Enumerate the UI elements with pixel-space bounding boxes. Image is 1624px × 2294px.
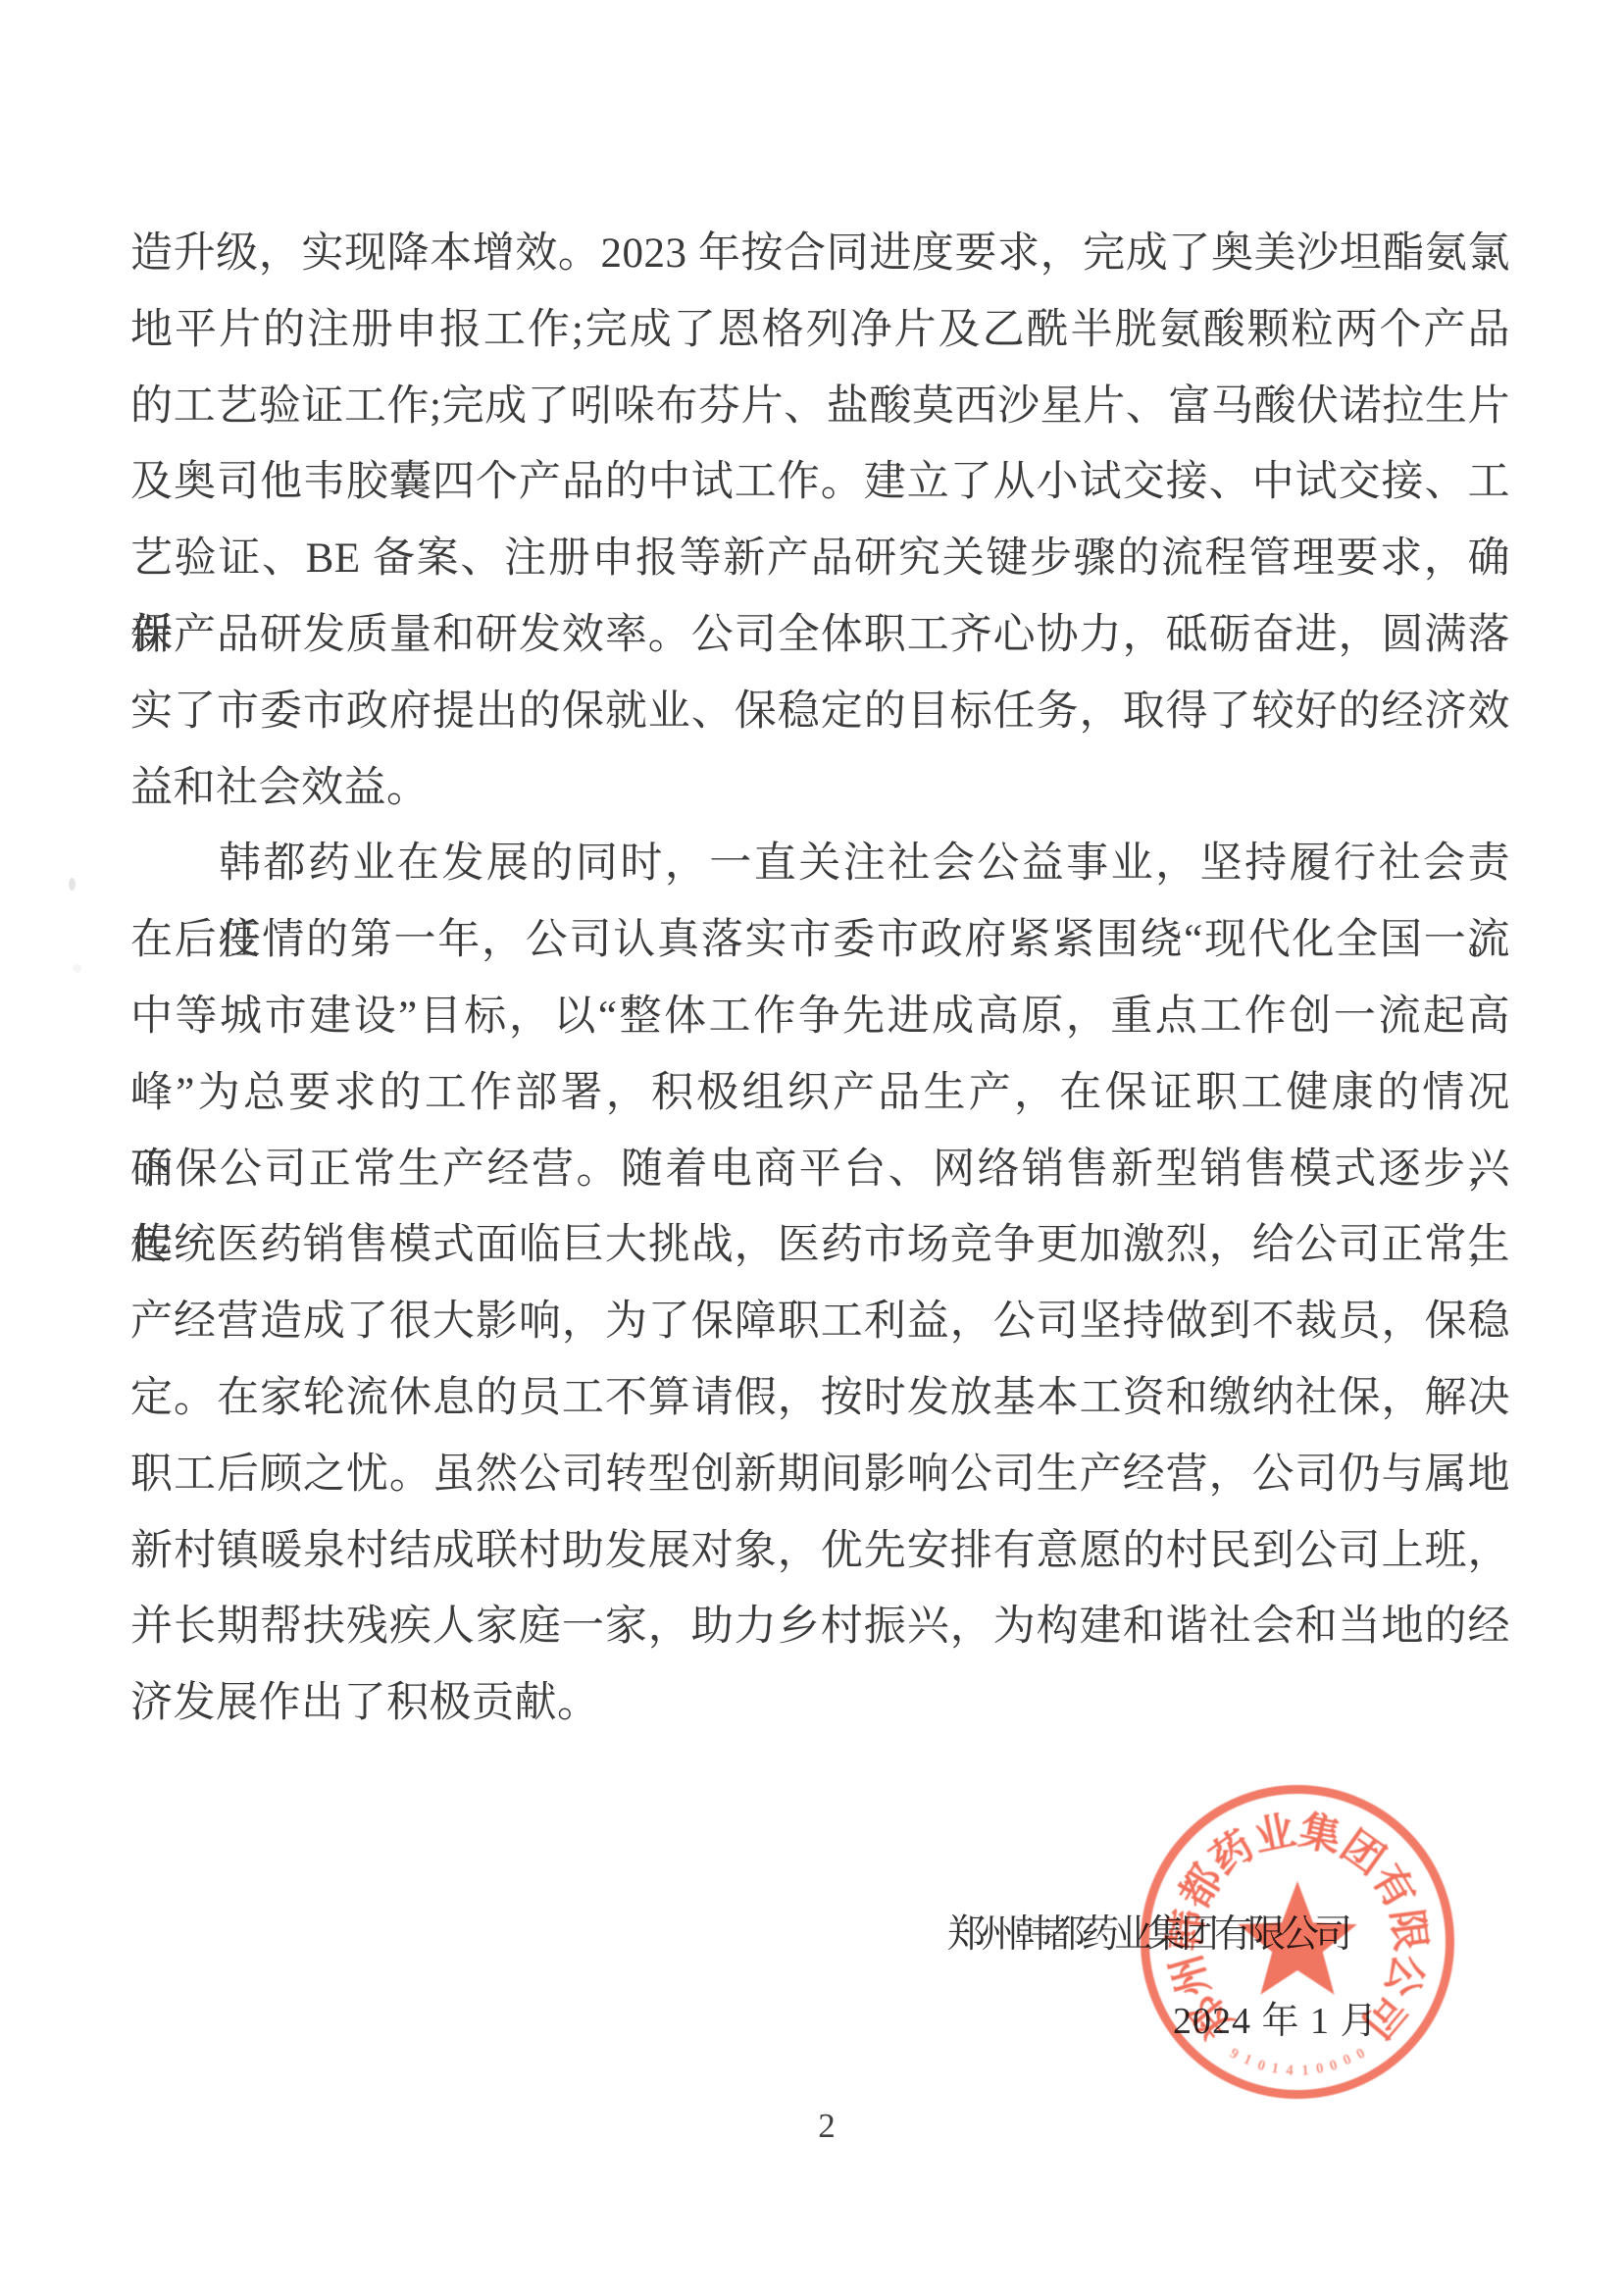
- seal-arc-char: 药: [1204, 1825, 1262, 1883]
- seal-serial-digit: 1: [1270, 2062, 1280, 2077]
- text-line: 济发展作出了积极贡献。: [130, 1665, 1510, 1742]
- seal-arc-char: 业: [1250, 1811, 1299, 1861]
- seal-serial-digit: 4: [1286, 2064, 1294, 2078]
- scan-artifact: [69, 878, 76, 891]
- seal-serial-digit: 0: [1315, 2062, 1325, 2077]
- seal-serial-digit: 0: [1329, 2058, 1340, 2074]
- text-line: 韩都药业在发展的同时，一直关注社会公益事业，坚持履行社会责任。: [130, 826, 1510, 902]
- text-line: 新村镇暖泉村结成联村助发展对象，优先安排有意愿的村民到公司上班，: [130, 1513, 1510, 1590]
- document-page: 造升级，实现降本增效。2023 年按合同进度要求，完成了奥美沙坦酯氨氯地平片的注…: [0, 0, 1624, 2294]
- seal-arc-char: 团: [1333, 1825, 1391, 1883]
- text-line: 新产品研发质量和研发效率。公司全体职工齐心协力，砥砺奋进，圆满落: [130, 597, 1510, 674]
- seal-serial-digit: 1: [1300, 2064, 1308, 2078]
- text-line: 艺验证、BE 备案、注册申报等新产品研究关键步骤的流程管理要求，确保: [130, 521, 1510, 597]
- page-number: 2: [802, 2107, 851, 2146]
- text-line: 峰”为总要求的工作部署，积极组织产品生产，在保证职工健康的情况下，: [130, 1055, 1510, 1132]
- seal-arc-char: 州: [1165, 1950, 1216, 2001]
- seal-arc-char: 限: [1385, 1907, 1431, 1953]
- text-line: 定。在家轮流休息的员工不算请假，按时发放基本工资和缴纳社保，解决: [130, 1360, 1510, 1437]
- seal-arc-char: 集: [1295, 1811, 1345, 1861]
- text-line: 职工后顾之忧。虽然公司转型创新期间影响公司生产经营，公司仍与属地: [130, 1437, 1510, 1513]
- seal-serial-digit: 9: [1227, 2046, 1241, 2063]
- text-line: 及奥司他韦胶囊四个产品的中试工作。建立了从小试交接、中试交接、工: [130, 444, 1510, 521]
- body-text: 造升级，实现降本增效。2023 年按合同进度要求，完成了奥美沙坦酯氨氯地平片的注…: [130, 216, 1510, 1742]
- text-line: 确保公司正常生产经营。随着电商平台、网络销售新型销售模式逐步兴起，: [130, 1132, 1510, 1208]
- text-line: 实了市委市政府提出的保就业、保稳定的目标任务，取得了较好的经济效: [130, 674, 1510, 750]
- seal-arc-char: 有: [1364, 1859, 1421, 1915]
- text-line: 在后疫情的第一年，公司认真落实市委市政府紧紧围绕“现代化全国一流: [130, 902, 1510, 979]
- seal-arc-char: 都: [1174, 1859, 1231, 1915]
- text-line: 并长期帮扶残疾人家庭一家，助力乡村振兴，为构建和谐社会和当地的经: [130, 1589, 1510, 1665]
- signature-company: 郑州韩都药业集团有限公司: [947, 1915, 1347, 1954]
- seal-serial-digit: 1: [1241, 2053, 1253, 2069]
- seal-arc-char: 公: [1378, 1950, 1429, 2001]
- scan-artifact: [73, 964, 81, 973]
- text-line: 产经营造成了很大影响，为了保障职工利益，公司坚持做到不裁员，保稳: [130, 1284, 1510, 1360]
- text-line: 造升级，实现降本增效。2023 年按合同进度要求，完成了奥美沙坦酯氨氯: [130, 216, 1510, 292]
- signature-date: 2024 年 1 月: [1173, 2003, 1379, 2040]
- seal-serial-digit: 0: [1354, 2046, 1368, 2063]
- text-line: 的工艺验证工作;完成了吲哚布芬片、盐酸莫西沙星片、富马酸伏诺拉生片: [130, 369, 1510, 445]
- text-line: 益和社会效益。: [130, 750, 1510, 827]
- text-line: 地平片的注册申报工作;完成了恩格列净片及乙酰半胱氨酸颗粒两个产品: [130, 292, 1510, 369]
- seal-serial-digit: 0: [1342, 2053, 1354, 2069]
- text-line: 传统医药销售模式面临巨大挑战，医药市场竞争更加激烈，给公司正常生: [130, 1207, 1510, 1284]
- text-line: 中等城市建设”目标，以“整体工作争先进成高原，重点工作创一流起高: [130, 979, 1510, 1055]
- seal-serial-digit: 0: [1255, 2058, 1266, 2074]
